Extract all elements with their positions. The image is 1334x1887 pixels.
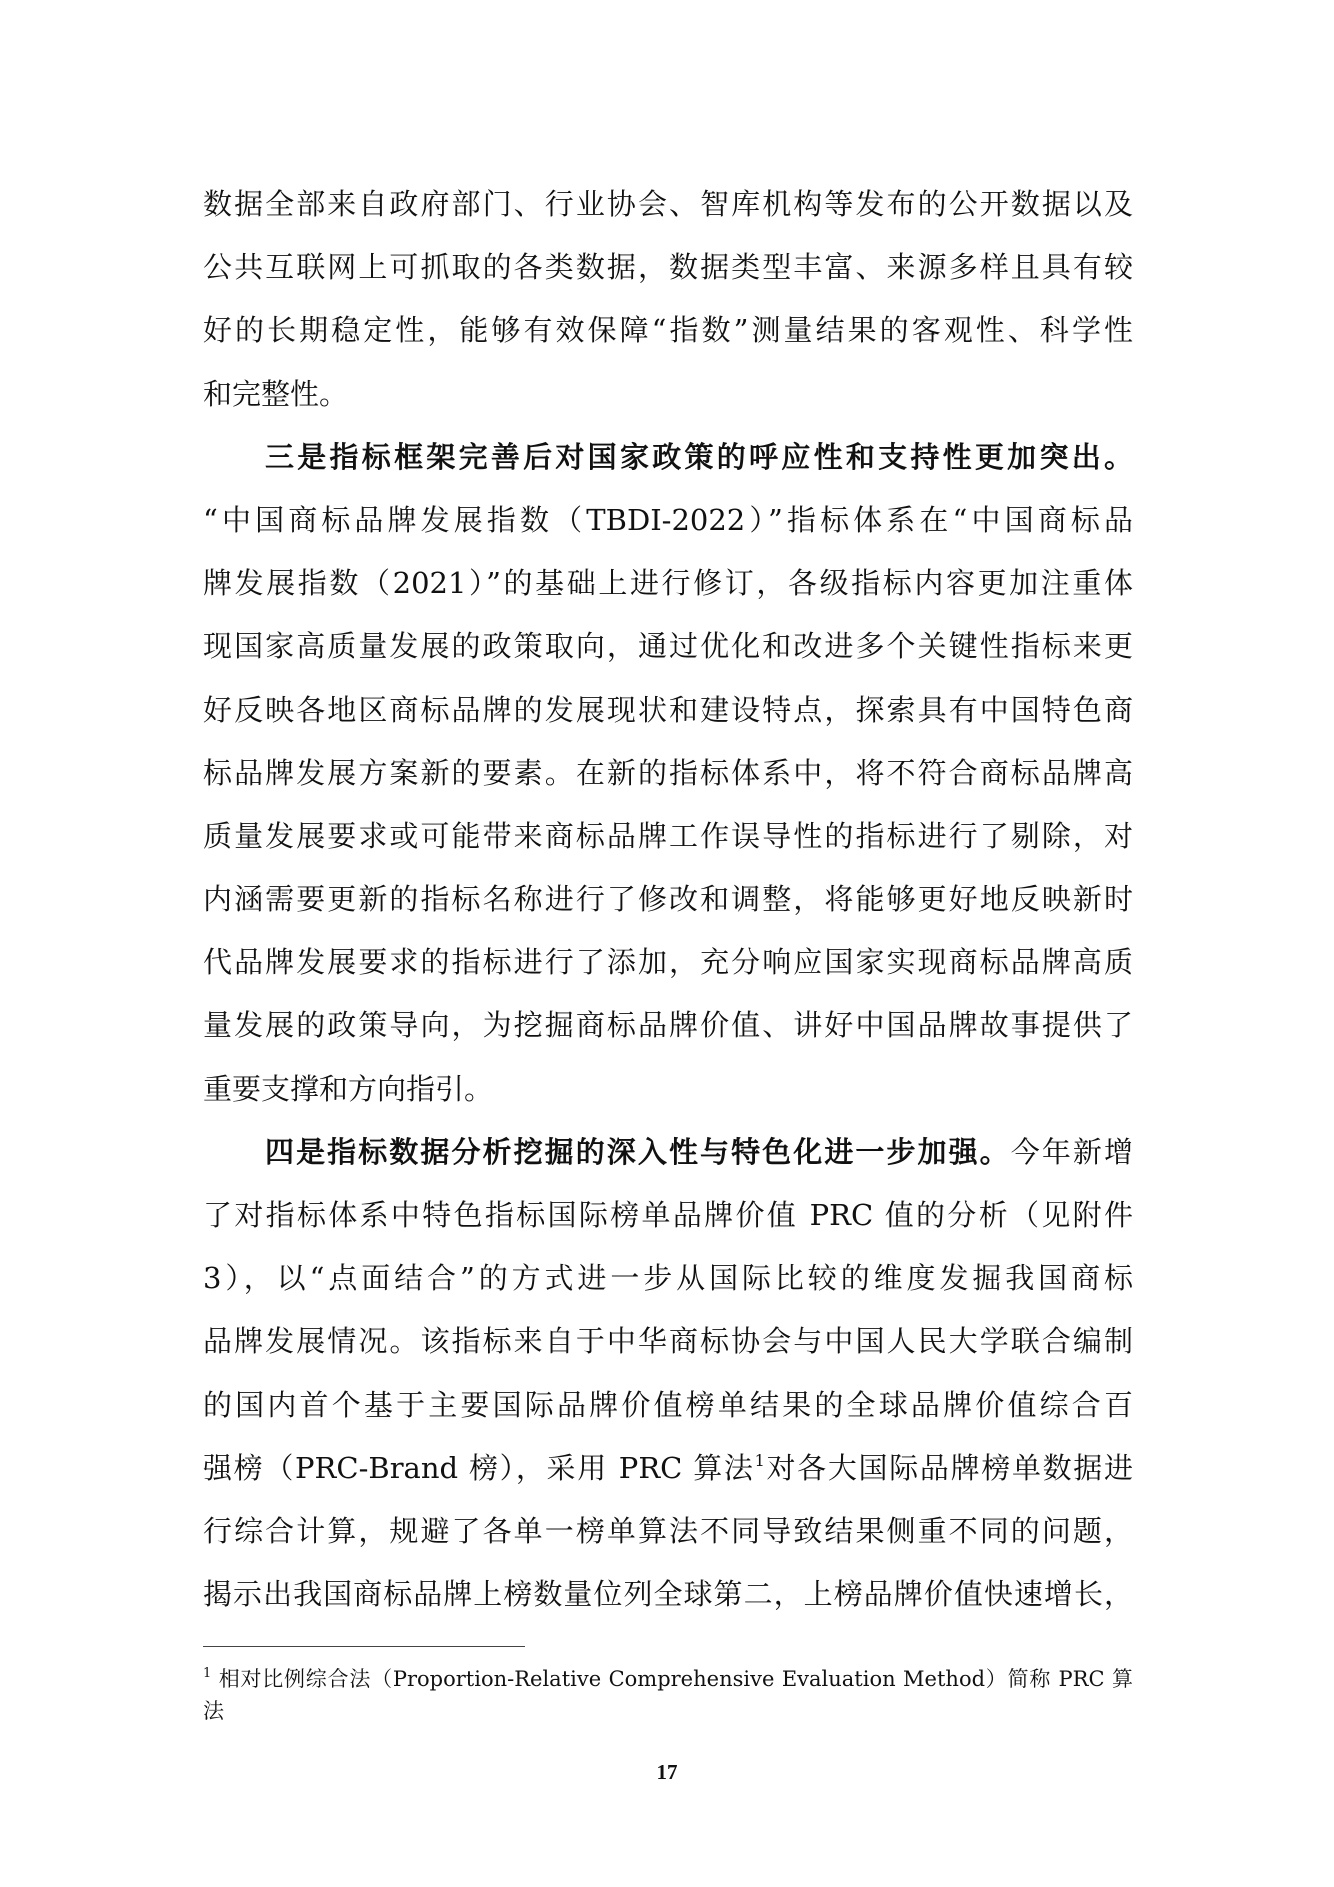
text-line: 标品牌发展方案新的要素。在新的指标体系中，将不符合商标品牌高 (203, 742, 1133, 805)
section-heading-3: 三是指标框架完善后对国家政策的呼应性和支持性更加突出。 (203, 426, 1133, 489)
document-page: 数据全部来自政府部门、行业协会、智库机构等发布的公开数据以及 公共互联网上可抓取… (0, 0, 1334, 1887)
text-line: 内涵需要更新的指标名称进行了修改和调整，将能够更好地反映新时 (203, 868, 1133, 931)
body-text: 数据全部来自政府部门、行业协会、智库机构等发布的公开数据以及 公共互联网上可抓取… (203, 173, 1133, 1626)
heading-tail-text: 今年新增 (1011, 1135, 1133, 1169)
text-line: “中国商标品牌发展指数（TBDI-2022）”指标体系在“中国商标品 (203, 489, 1133, 552)
text-line: 数据全部来自政府部门、行业协会、智库机构等发布的公开数据以及 (203, 173, 1133, 236)
text-line: 重要支撑和方向指引。 (203, 1058, 1133, 1121)
text-line: 3），以“点面结合”的方式进一步从国际比较的维度发掘我国商标 (203, 1247, 1133, 1310)
text-line: 的国内首个基于主要国际品牌价值榜单结果的全球品牌价值综合百 (203, 1374, 1133, 1437)
text-segment: 强榜（PRC-Brand 榜），采用 PRC 算法 (203, 1451, 755, 1485)
text-line: 揭示出我国商标品牌上榜数量位列全球第二，上榜品牌价值快速增长， (203, 1563, 1133, 1626)
footnote-line: 1 相对比例综合法（Proportion-Relative Comprehens… (203, 1663, 1133, 1695)
section-heading-4-line: 四是指标数据分析挖掘的深入性与特色化进一步加强。今年新增 (203, 1121, 1133, 1184)
footnote-line: 法 (203, 1695, 1133, 1727)
text-line-with-footnote-ref: 强榜（PRC-Brand 榜），采用 PRC 算法1对各大国际品牌榜单数据进 (203, 1437, 1133, 1500)
text-line: 现国家高质量发展的政策取向，通过优化和改进多个关键性指标来更 (203, 615, 1133, 678)
text-line: 和完整性。 (203, 363, 1133, 426)
text-line: 了对指标体系中特色指标国际榜单品牌价值 PRC 值的分析（见附件 (203, 1184, 1133, 1247)
section-heading-4: 四是指标数据分析挖掘的深入性与特色化进一步加强。 (265, 1135, 1011, 1169)
footnote-divider (203, 1646, 525, 1647)
text-line: 代品牌发展要求的指标进行了添加，充分响应国家实现商标品牌高质 (203, 931, 1133, 994)
text-line: 公共互联网上可抓取的各类数据，数据类型丰富、来源多样且具有较 (203, 236, 1133, 299)
footnote-marker: 1 (203, 1666, 211, 1681)
footnote-text: 相对比例综合法（Proportion-Relative Comprehensiv… (219, 1667, 1133, 1691)
text-line: 质量发展要求或可能带来商标品牌工作误导性的指标进行了剔除，对 (203, 805, 1133, 868)
page-number: 17 (0, 1760, 1334, 1785)
text-line: 好的长期稳定性，能够有效保障“指数”测量结果的客观性、科学性 (203, 299, 1133, 362)
text-line: 量发展的政策导向，为挖掘商标品牌价值、讲好中国品牌故事提供了 (203, 994, 1133, 1057)
text-segment: 对各大国际品牌榜单数据进 (765, 1451, 1133, 1485)
text-line: 行综合计算，规避了各单一榜单算法不同导致结果侧重不同的问题， (203, 1500, 1133, 1563)
text-line: 牌发展指数（2021）”的基础上进行修订，各级指标内容更加注重体 (203, 552, 1133, 615)
footnote-reference[interactable]: 1 (755, 1451, 765, 1470)
text-line: 品牌发展情况。该指标来自于中华商标协会与中国人民大学联合编制 (203, 1310, 1133, 1373)
footnote: 1 相对比例综合法（Proportion-Relative Comprehens… (203, 1663, 1133, 1727)
text-line: 好反映各地区商标品牌的发展现状和建设特点，探索具有中国特色商 (203, 679, 1133, 742)
